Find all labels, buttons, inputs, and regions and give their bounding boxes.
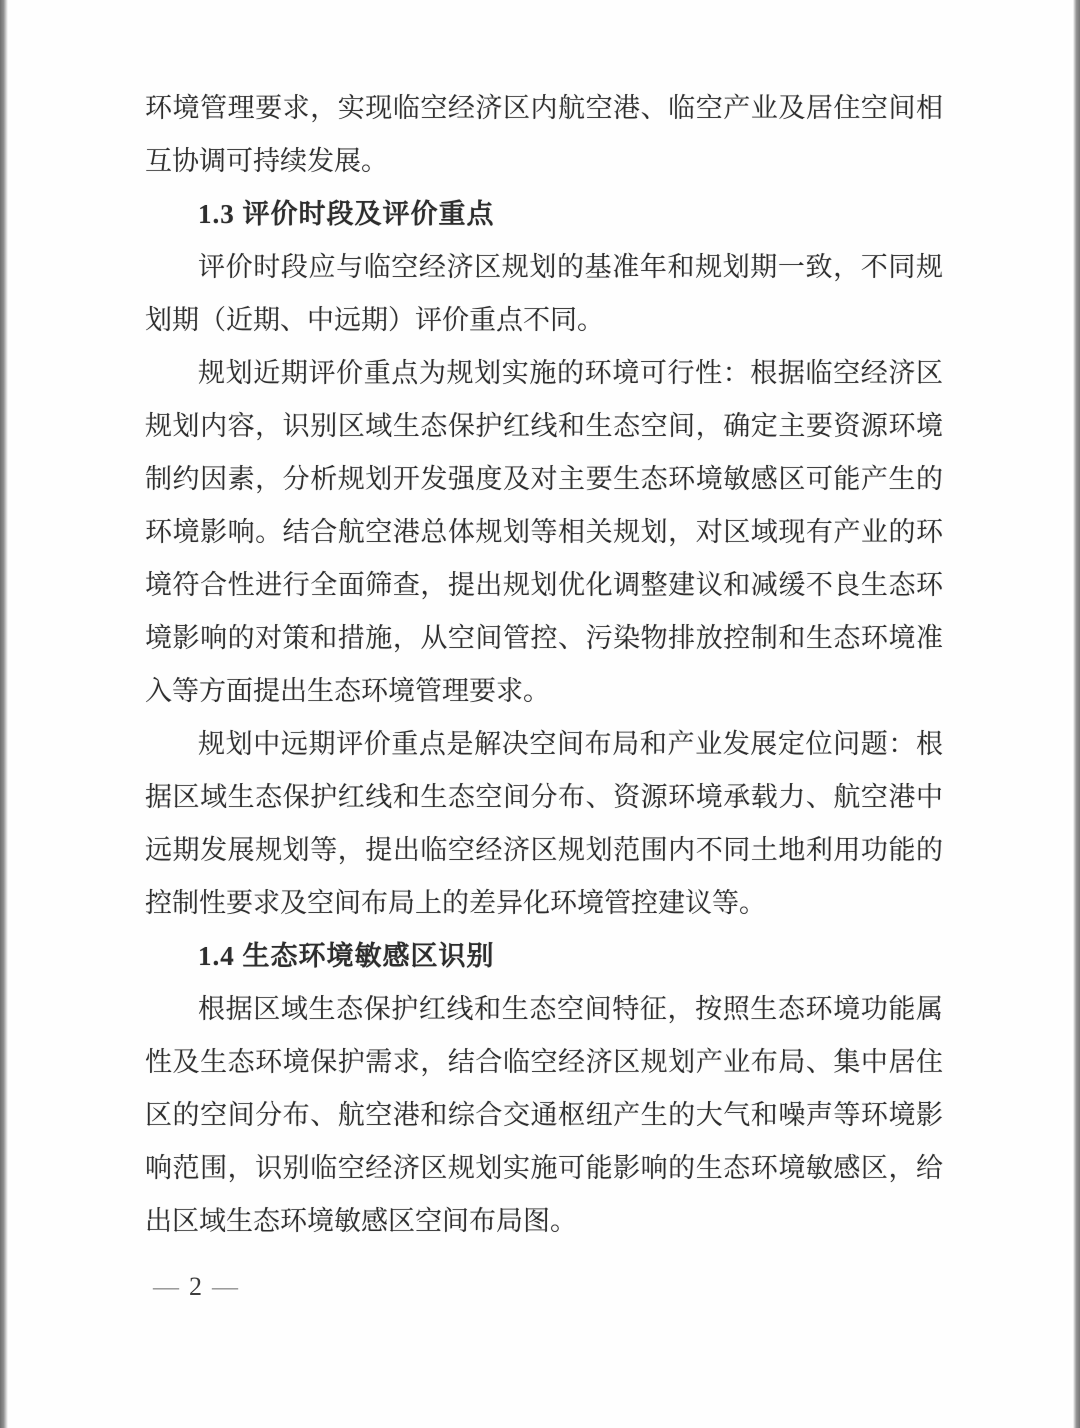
document-content: 环境管理要求，实现临空经济区内航空港、临空产业及居住空间相互协调可持续发展。 1… [145, 82, 943, 1248]
section-heading-1-3: 1.3 评价时段及评价重点 [145, 188, 943, 241]
page-left-edge-shadow [0, 0, 8, 1428]
paragraph-continuation: 环境管理要求，实现临空经济区内航空港、临空产业及居住空间相互协调可持续发展。 [145, 82, 943, 188]
paragraph: 评价时段应与临空经济区规划的基准年和规划期一致，不同规划期（近期、中远期）评价重… [145, 241, 943, 347]
paragraph: 根据区域生态保护红线和生态空间特征，按照生态环境功能属性及生态环境保护需求，结合… [145, 983, 943, 1248]
page-number-value: 2 [189, 1272, 204, 1301]
page-number: —2— [145, 1272, 248, 1302]
page-number-right-dash: — [204, 1272, 248, 1301]
scanned-document-page: 环境管理要求，实现临空经济区内航空港、临空产业及居住空间相互协调可持续发展。 1… [0, 0, 1080, 1428]
paragraph: 规划中远期评价重点是解决空间布局和产业发展定位问题：根据区域生态保护红线和生态空… [145, 718, 943, 930]
paragraph: 规划近期评价重点为规划实施的环境可行性：根据临空经济区规划内容，识别区域生态保护… [145, 347, 943, 718]
section-heading-1-4: 1.4 生态环境敏感区识别 [145, 930, 943, 983]
page-number-left-dash: — [145, 1272, 189, 1301]
page-right-edge-shadow [1073, 0, 1080, 1428]
